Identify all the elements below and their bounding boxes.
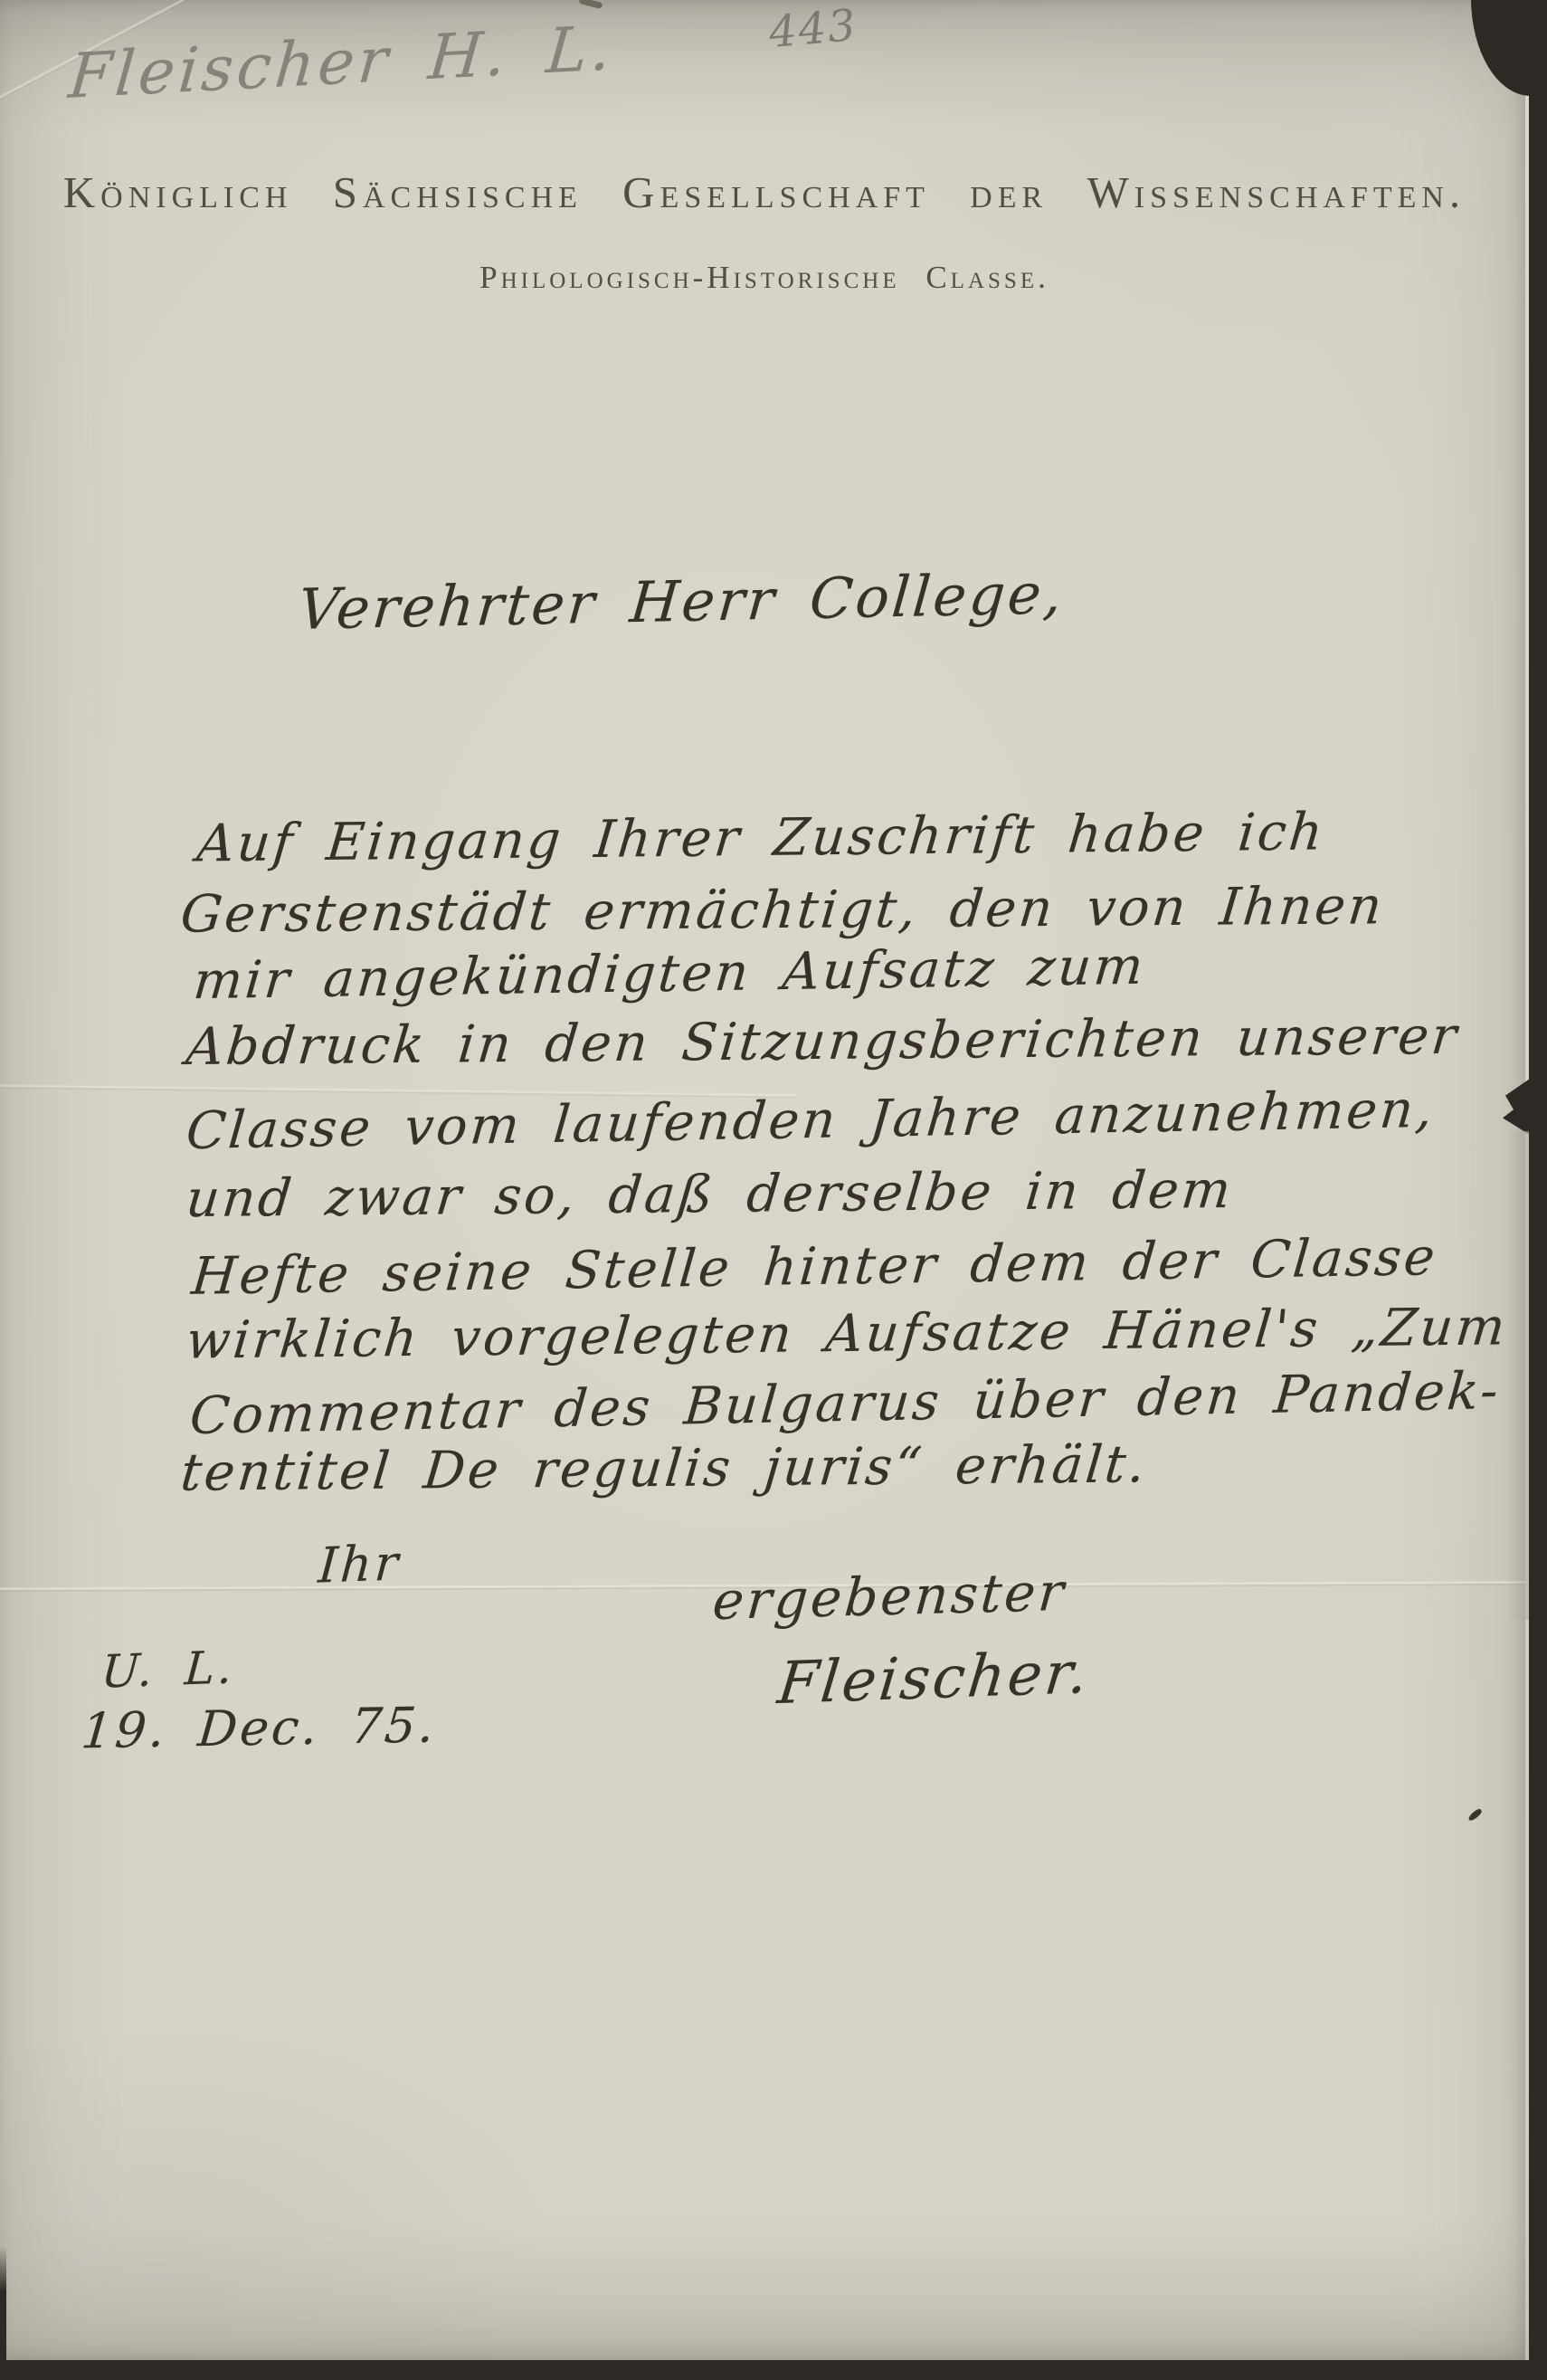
ink-speck [1467, 1808, 1484, 1823]
signature: Fleischer. [774, 1640, 1094, 1718]
body-line: Hefte seine Stelle hinter dem der Classe [189, 1227, 1439, 1307]
salutation: Verehrter Herr College, [296, 560, 1068, 643]
body-line: Auf Eingang Ihrer Zuschrift habe ich [195, 802, 1328, 873]
dateline-date: 19. Dec. 75. [79, 1697, 439, 1760]
closing-valediction: ergebenster [710, 1561, 1068, 1632]
scan-background: { "document": { "kind": "scanned handwri… [0, 0, 1547, 2380]
body-line: mir angekündigten Aufsatz zum [191, 937, 1148, 1012]
body-line: Abdruck in den Sitzungsberichten unserer [184, 1006, 1462, 1077]
closing-pronoun: Ihr [317, 1534, 403, 1594]
body-line: Commentar des Bulgarus über den Pandek- [187, 1361, 1503, 1446]
letterhead-line2: Philologisch-Historische Classe. [0, 260, 1529, 296]
body-line: wirklich vorgelegten Aufsatze Hänel's „Z… [184, 1297, 1510, 1370]
body-line: und zwar so, daß derselbe in dem [184, 1160, 1236, 1229]
letterhead-line1: Königlich Sächsische Gesellschaft der Wi… [0, 167, 1529, 218]
edge-fold-right [1507, 1131, 1529, 1620]
pencil-archive-number: 443 [767, 0, 859, 58]
edge-shadow-bottom-left [0, 2246, 6, 2360]
top-edge-speck [579, 0, 603, 9]
body-line: Gerstenstädt ermächtigt, den von Ihnen [178, 876, 1387, 944]
paper-sheet: Fleischer H. L. 443 Königlich Sächsische… [0, 0, 1529, 2360]
body-line: tentitel De regulis juris“ erhält. [178, 1434, 1151, 1502]
edge-notch-right [1503, 1079, 1530, 1135]
dateline-place: U. L. [100, 1641, 236, 1698]
torn-corner-top-right [1471, 0, 1531, 96]
pencil-owner-annotation: Fleischer H. L. [66, 13, 618, 113]
